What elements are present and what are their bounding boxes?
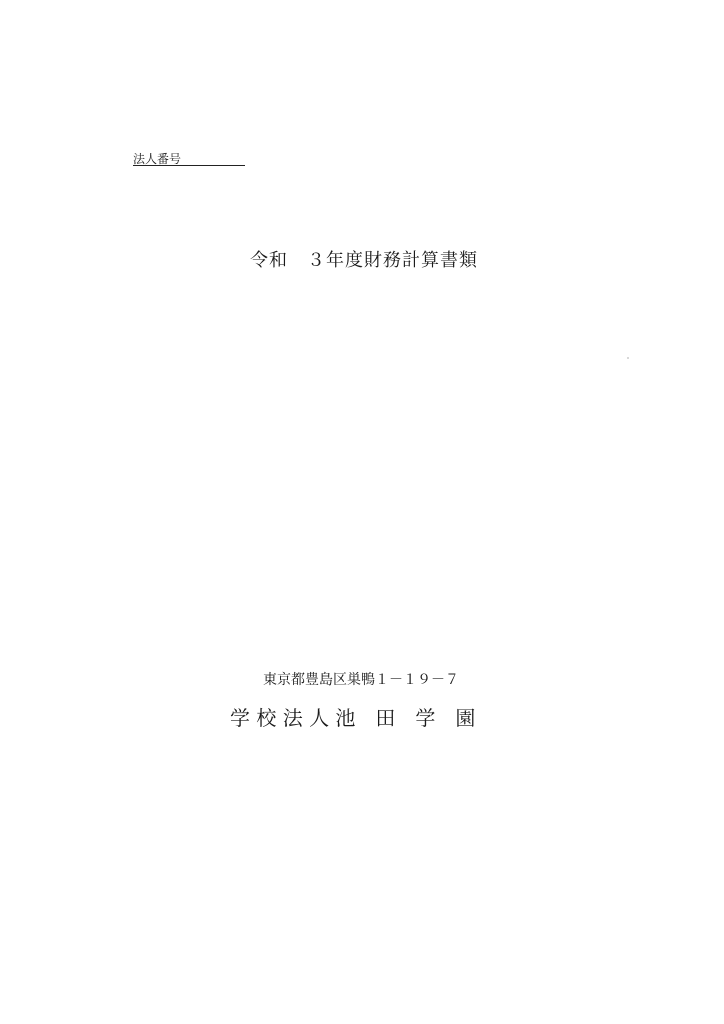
organization-name: 学 校 法 人 池 田 学 園 xyxy=(230,702,475,731)
document-title: 令和 ３年度財務計算書類 xyxy=(250,246,478,272)
scan-speck xyxy=(627,357,629,359)
corporate-number-underline xyxy=(133,165,245,166)
address: 東京都豊島区巣鴨１－１９－７ xyxy=(263,669,459,689)
